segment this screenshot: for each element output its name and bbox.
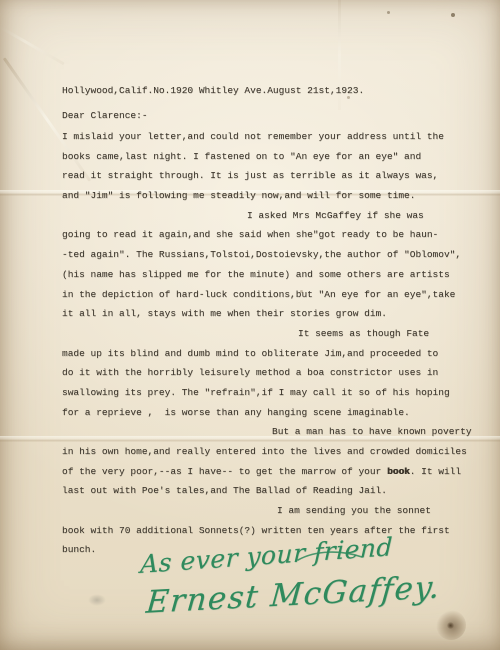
letter-line: book with 70 additional Sonnets(?) writt… — [62, 521, 472, 541]
signature-handwriting: Ernest McGaffey. — [145, 569, 443, 621]
letter-line: do it with the horribly leisurely method… — [62, 363, 472, 383]
letter-line: -ted again". The Russians,Tolstoi,Dostoi… — [62, 245, 472, 265]
stain-core — [447, 622, 454, 629]
paper-speck — [451, 13, 455, 17]
letter-body: I mislaid your letter,and could not reme… — [62, 127, 472, 560]
paper-speck — [387, 11, 390, 14]
letter-line: But a man has to have known poverty — [62, 422, 472, 442]
letter-line: books came,last night. I fastened on to … — [62, 147, 472, 167]
letter-line: I asked Mrs McGaffey if she was — [62, 206, 472, 226]
letter-line: it all in all, stays with me when their … — [62, 304, 472, 324]
letter-line: of the very poor,--as I have-- to get th… — [62, 462, 472, 482]
letter-paper: Hollywood,Calif.No.1920 Whitley Ave.Augu… — [0, 0, 500, 650]
corner-crease-small — [0, 18, 65, 66]
letter-line: for a reprieve , is worse than any hangi… — [62, 403, 472, 423]
letter-line: I am sending you the sonnet — [62, 501, 472, 521]
letter-line: read it straight through. It is just as … — [62, 166, 472, 186]
letter-line: in the depiction of hard-luck conditions… — [62, 285, 472, 305]
letter-line: It seems as though Fate — [62, 324, 472, 344]
letter-line: last out with Poe's tales,and The Ballad… — [62, 481, 472, 501]
letter-line: swallowing its prey. The "refrain",if I … — [62, 383, 472, 403]
letter-heading: Hollywood,Calif.No.1920 Whitley Ave.Augu… — [62, 81, 364, 100]
letter-line: (his name has slipped me for the minute)… — [62, 265, 472, 285]
letter-salutation: Dear Clarence:- — [62, 106, 148, 125]
letter-line: in his own home,and really entered into … — [62, 442, 472, 462]
ink-smudge — [88, 594, 106, 606]
letter-line: I mislaid your letter,and could not reme… — [62, 127, 472, 147]
letter-line: made up its blind and dumb mind to oblit… — [62, 344, 472, 364]
stain-bottom-right — [436, 610, 466, 640]
letter-line: going to read it again,and she said when… — [62, 225, 472, 245]
letter-line: and "Jim" is following me steadily now,a… — [62, 186, 472, 206]
